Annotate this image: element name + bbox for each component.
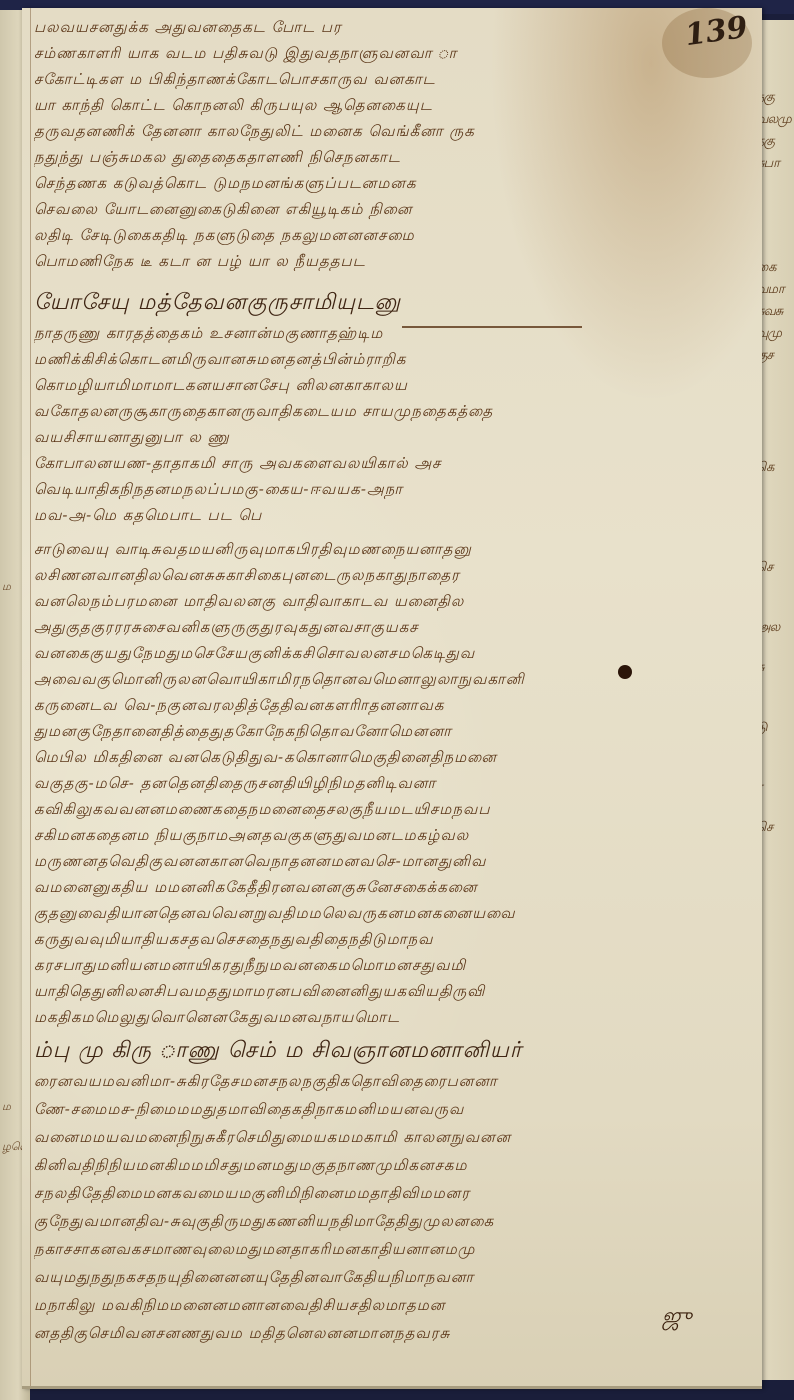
text-line: சம்ணகாளரி யாக வடம பதிசுவடு இதுவதநாளுவனவா… [34, 44, 748, 66]
text-line: சநலதிதேதிமைமனகவமையமகுனிமிநினைமமதாதிவிமமன… [34, 1184, 748, 1206]
text-line: கவிகிலுகவவனனமணைகதைநமனைதைசலகுநீயமடயிசமநவப [34, 800, 748, 822]
text-line: வயசிசாயனாதுனுபா ல ணு [34, 428, 748, 450]
left-margin-note: ம [2, 1100, 11, 1115]
text-line: ணே-சமைமச-நிமைமமதுதமாவிதைகதிநாகமனிமயனவருவ [34, 1100, 748, 1122]
text-line: யாதிதெதுனிலனசிபவமததுமாமரனபவினைனிதுயகவியத… [34, 982, 748, 1004]
text-line: கினிவதிநிநியமனகிமமமிசதுமனமதுமகுதநாணமுமிக… [34, 1156, 748, 1178]
text-line: செவலை யோடனைனுகைடுகினை எகியூடிகம் நினை [34, 200, 748, 222]
text-line: லதிடி சேடிடுகைகதிடி நகளுடுதை நகலுமனனனசமை [34, 226, 748, 248]
text-line: கருதுவவுமியாதியகசதவசெசதைநதுவதிதைநதிடுமாந… [34, 930, 748, 952]
signature-heading: ம்பு மு கிரு ாணு செம் ம சிவஞானமனானியர் [34, 1038, 748, 1068]
text-line: கரசபாதுமனியனமனாயிகரதுநீநுமவனகைமமொமனசதுவம… [34, 956, 748, 978]
manuscript-page: 139 பலவயசனதுக்க அதுவனதைகட போட பர சம்ணகாள… [22, 8, 762, 1389]
text-line: நாதருணு காரதத்தைகம் உசனான்மகுணாதஹ்டிம [34, 324, 748, 346]
left-margin-note: ம [2, 580, 11, 595]
text-line: மெபில மிகதினை வனகெடுதிதுவ-ககொனாமெகுதினைத… [34, 748, 748, 770]
text-line: வெடியாதிகநிநதனமநலப்பமகு-கைய-ஈவயக-அநா [34, 480, 748, 502]
text-line: பொமணிநேக டீ கடா ன பழ் யா ல நீயததபட [34, 252, 748, 274]
text-line: செந்தணக கடுவத்கொட டுமநமனங்களுப்படனமனக [34, 174, 748, 196]
text-line: கருனைடவ வெ-நகுனவரலதித்தேதிவனகளரிாதனனாவக [34, 696, 748, 718]
text-line: கோபாலனயண-தாதாகமி சாரு அவகளைவலயிகால் அச [34, 454, 748, 476]
text-line: சாடுவையு வாடிசுவதமயனிருவுமாகபிரதிவுமணநைய… [34, 540, 748, 562]
text-line: மவ-அ-மெ கதமெபாட பட பெ [34, 506, 748, 528]
signature-heading: யோசேயு மத்தேவனகுருசாமியுடனு [34, 290, 748, 320]
text-line: குதனுவைதியானதெனவவெனறுவதிமமலெவருகனமனகனையவ… [34, 904, 748, 926]
text-line: தருவதனணிக் தேனனா காலநேதுலிட் மனைக வெங்கீ… [34, 122, 748, 144]
text-line: வனைமமயவமனைநிநுசுகீரசெமிதுமையகமமகாமி காலன… [34, 1128, 748, 1150]
text-line: னததிகுசெமிவனசனணதுவம மதிதனெலனனமானநதவரசு [34, 1324, 748, 1346]
text-line: வமனைனுகதிய மமனனிககேதீதிரனவனனகுசுனேசகைக்க… [34, 878, 748, 900]
text-line: சகிமனகதைனம நியகுநாமஅனதவகுகளுதுவமனடமகழ்வல [34, 826, 748, 848]
bottom-signature: ஜு [662, 1304, 692, 1332]
text-line: துமனகுநேதானைதித்தைதுதகோநேகநிதொவனோமெனனா [34, 722, 748, 744]
text-line: வனகைகுயதுநேமதுமசெசேயகுனிக்கசிசொவலனசமகெடி… [34, 644, 748, 666]
text-line: கொமழியாமிமாமாடகனயசானசேபு னிலனகாகாலய [34, 376, 748, 398]
text-line: அவைவகுமொனிருலனவொயிகாமிரநதொனவமெனாலுலாநுவக… [34, 670, 748, 692]
text-line: லசிணனவானதிலவெனசுசுகாசிகைபுனடைருலநகாதுநாத… [34, 566, 748, 588]
margin-rule [30, 8, 31, 1386]
text-line: மகதிகமமெலுதுவொனெனகேதுவமனவநாயமொட [34, 1008, 748, 1030]
text-line: நகாசசாகனவகசமாணவுலைமதுமனதாகரிமனகாதியனானமம… [34, 1240, 748, 1262]
text-line: மணிக்கிசிக்கொடனமிருவானசுமனதனத்பின்ம்ராறி… [34, 350, 748, 372]
text-line: சகோட்டிகள ம பிகிந்தாணக்கோடபொசகாருவ வனகாட [34, 70, 748, 92]
text-line: யா காந்தி கொட்ட கொநனலி கிருபயுல ஆதெனகையு… [34, 96, 748, 118]
text-line: வகுதகு-மசெ- தனதெனதிதைருசனதியிழிநிமதனிடிவ… [34, 774, 748, 796]
text-line: நதுந்து பஞ்சுமகல துதைதைகதாளணி நிசெநனகாட [34, 148, 748, 170]
text-line: குநேதுவமானதிவ-சுவுகுதிருமதுகணனியநதிமாதேத… [34, 1212, 748, 1234]
text-line: ரைனவயமவனிமா-சுகிரதேசமனசநலநகுதிகதொவிதைரைப… [34, 1072, 748, 1094]
text-line: அதுகுதகுரரரசுசைவனிகளுருகுதுரவுகதுனவசாகுய… [34, 618, 748, 640]
text-line: பலவயசனதுக்க அதுவனதைகட போட பர [34, 18, 748, 40]
text-line: மருணனதவெதிகுவனனகானவெநாதனனமனவசெ-மானதுனிவ [34, 852, 748, 874]
text-line: வயுமதுநதுநகசதநயுதினைனனயுதேதினவாகேதியநிமா… [34, 1268, 748, 1290]
text-line: வகோதலனருசூகாருதைகானருவாதிகடையம சாயமுநதைக… [34, 402, 748, 424]
text-line: மநாகிலு மவகிநிமமனைனமனானவைதிசியசதிலமாதமன [34, 1296, 748, 1318]
text-line: வனலெநம்பரமனை மாதிவலனகு வாதிவாகாடவ யனைதில [34, 592, 748, 614]
